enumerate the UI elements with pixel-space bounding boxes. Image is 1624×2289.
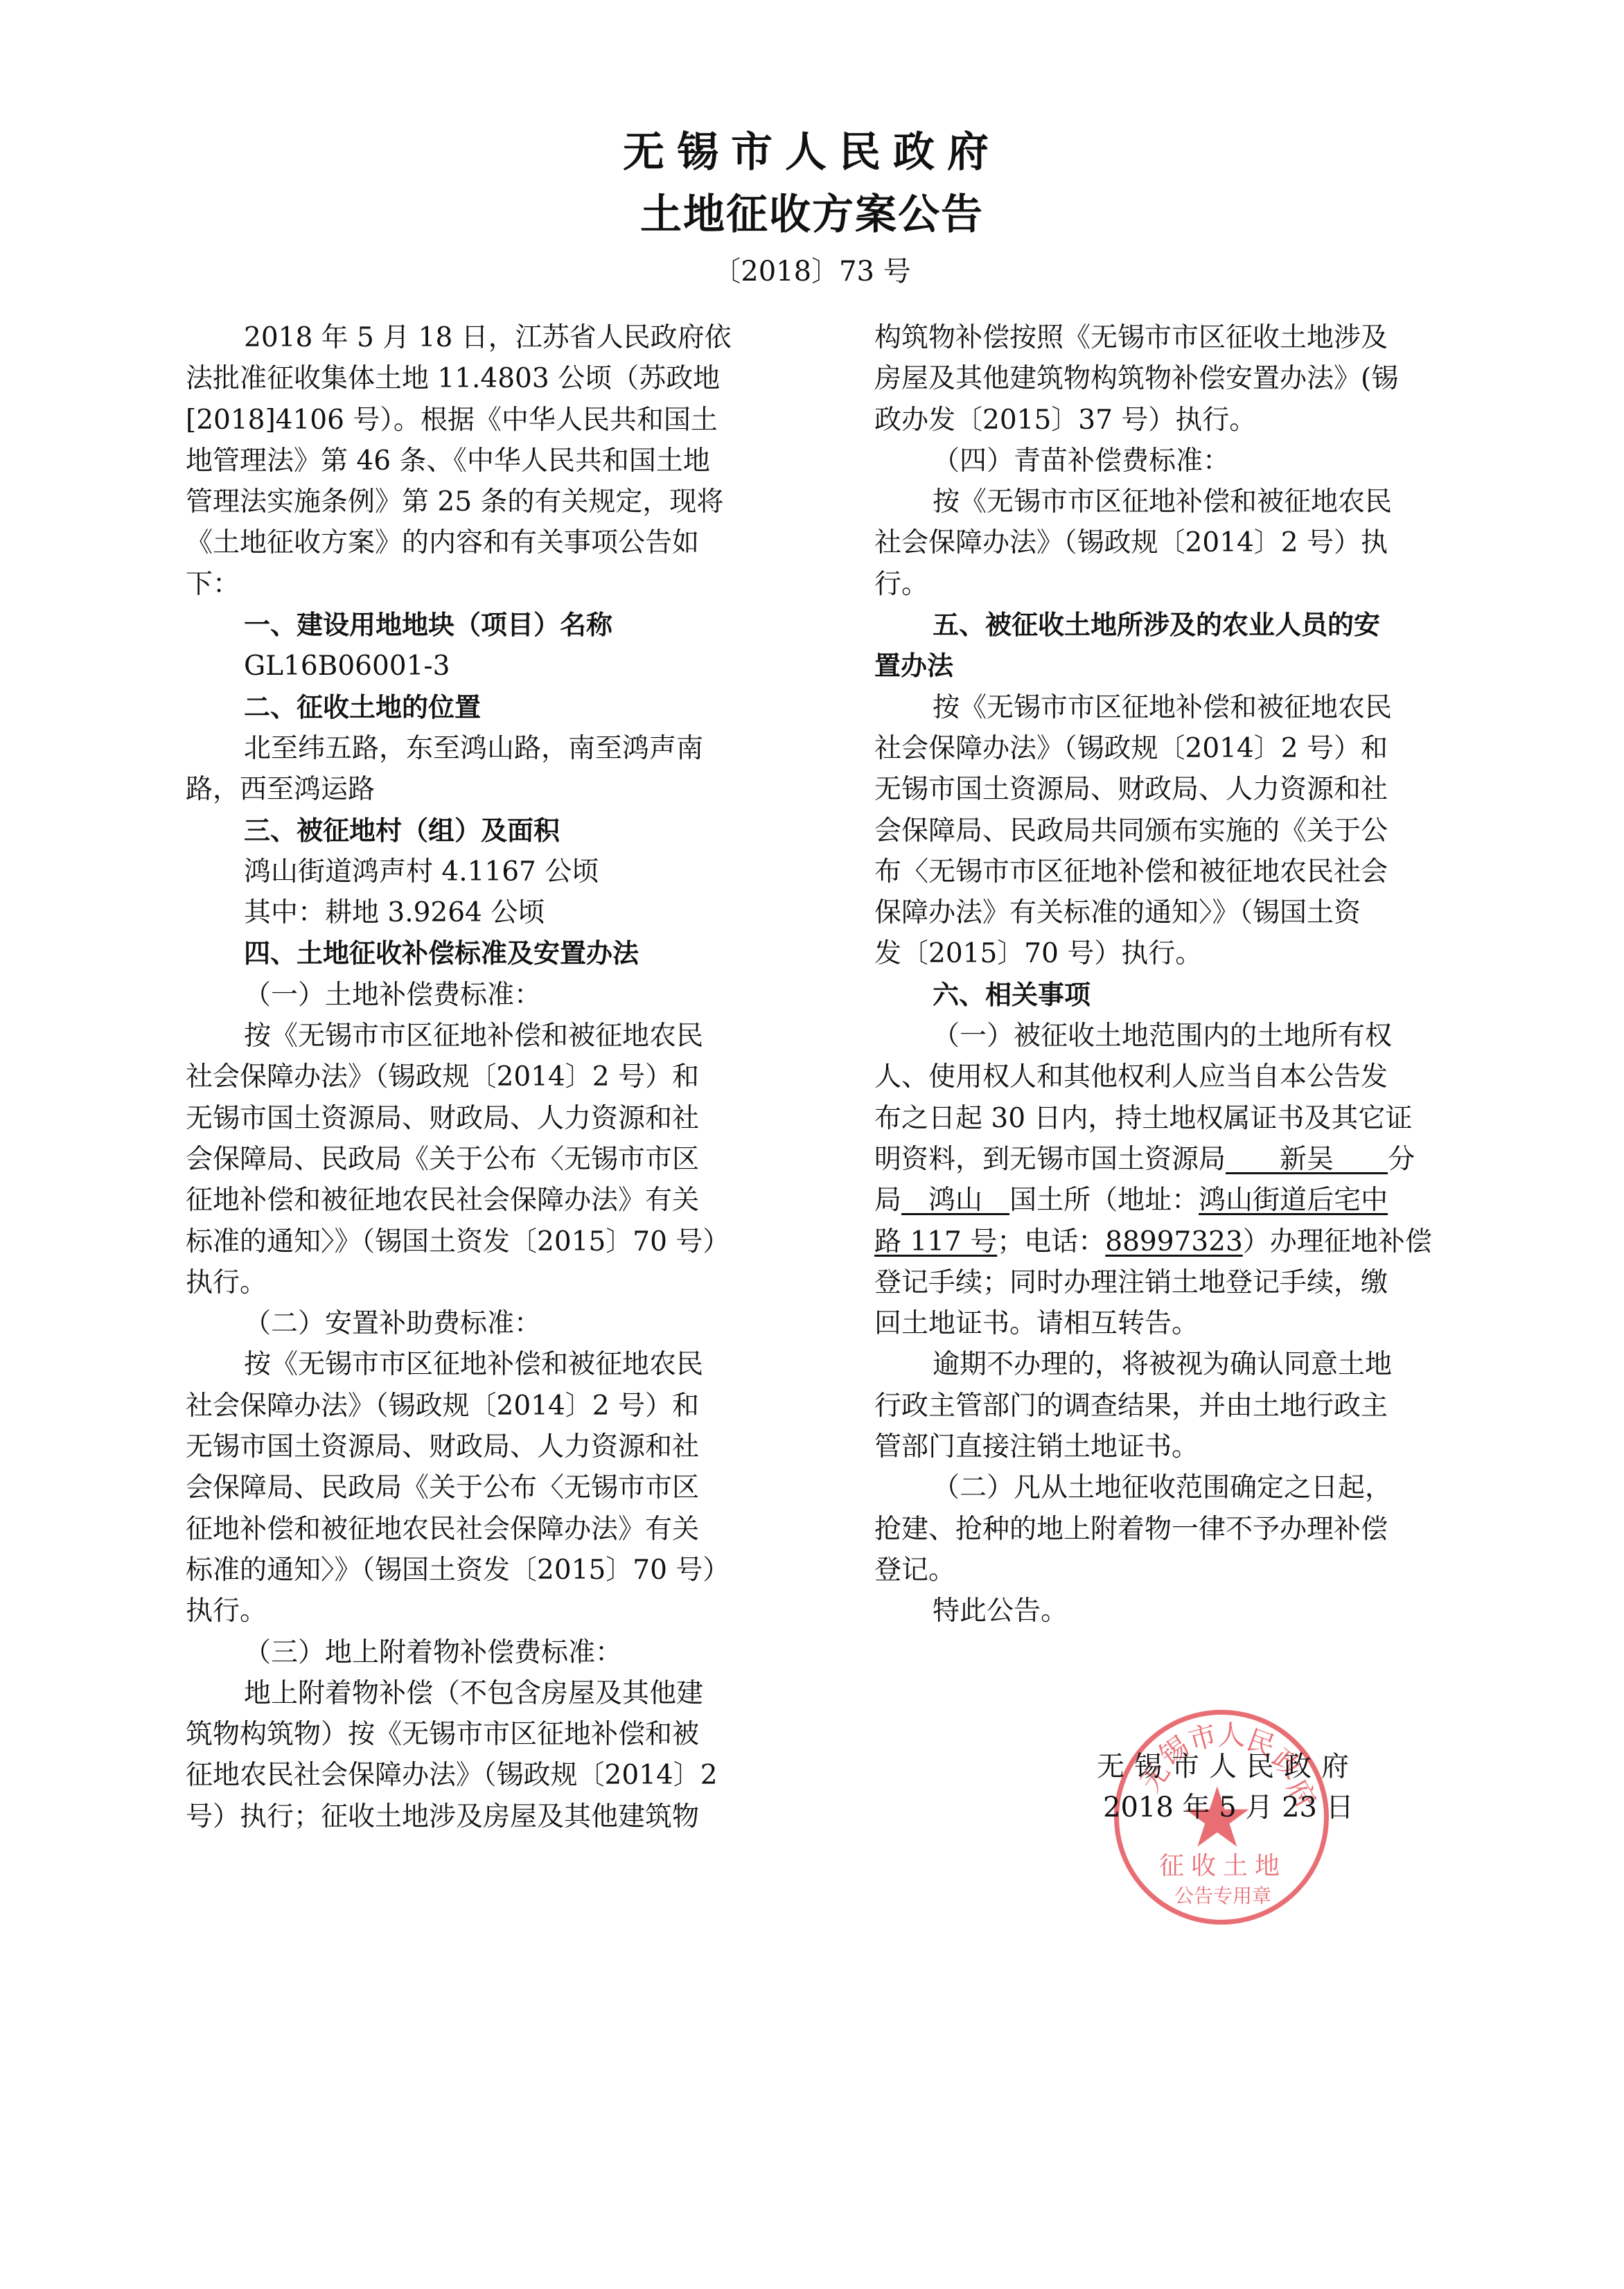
text-line: 标准的通知〉》（锡国土资发〔2015〕70 号） [186, 1550, 779, 1591]
text-line: 社会保障办法》（锡政规〔2014〕2 号）和 [186, 1057, 779, 1097]
office-prefix: 局 [874, 1185, 901, 1216]
address-label: 国土所（地址： [1009, 1185, 1199, 1216]
seal-line-1: 征收土地 [1147, 1846, 1299, 1882]
text-line: 号）执行；征收土地涉及房屋及其他建筑物 [186, 1796, 779, 1837]
text-line: 构筑物补偿按照《无锡市市区征收土地涉及 [874, 317, 1467, 358]
text-line: 地管理法》第 46 条、《中华人民共和国土地 [186, 441, 779, 481]
text-line: 其中：耕地 3.9264 公顷 [186, 892, 779, 933]
text-line: 无锡市国土资源局、财政局、人力资源和社 [874, 769, 1467, 810]
text-line: 2018 年 5 月 18 日，江苏省人民政府依 [186, 317, 779, 358]
text-line: （四）青苗补偿费标准： [874, 441, 1467, 481]
office-branch-suffix: 分 [1388, 1144, 1415, 1175]
text-line: GL16B06001-3 [186, 646, 779, 687]
text-line: 人、使用权人和其他权利人应当自本公告发 [874, 1057, 1467, 1097]
right-column: 构筑物补偿按照《无锡市市区征收土地涉及房屋及其他建筑物构筑物补偿安置办法》(锡政… [874, 317, 1467, 1632]
office-branch-prefix: 明资料，到无锡市国土资源局 [874, 1144, 1226, 1175]
office-branch-line: 明资料，到无锡市国土资源局 新吴 分 [874, 1139, 1467, 1180]
text-line: 执行。 [186, 1262, 779, 1303]
phone-suffix: ）办理征地补偿 [1243, 1226, 1432, 1257]
text-line: （三）地上附着物补偿费标准： [186, 1632, 779, 1673]
text-line: 逾期不办理的，将被视为确认同意土地 [874, 1344, 1467, 1385]
text-line: 管理法实施条例》第 25 条的有关规定，现将 [186, 481, 779, 522]
phone-label: ；电话： [997, 1226, 1105, 1257]
text-line: 鸿山街道鸿声村 4.1167 公顷 [186, 851, 779, 892]
address-field-part2: 路 117 号 [874, 1226, 997, 1257]
section-heading: 二、征收土地的位置 [186, 687, 779, 728]
section-heading: 五、被征收土地所涉及的农业人员的安 [874, 605, 1467, 646]
text-line: 社会保障办法》（锡政规〔2014〕2 号）和 [186, 1386, 779, 1426]
text-line: [2018]4106 号）。根据《中华人民共和国土 [186, 400, 779, 441]
text-line: 抢建、抢种的地上附着物一律不予办理补偿 [874, 1509, 1467, 1550]
text-line: 按《无锡市市区征地补偿和被征地农民 [186, 1016, 779, 1057]
text-line: 保障办法》有关标准的通知〉》（锡国土资 [874, 892, 1467, 933]
text-line: 特此公告。 [874, 1591, 1467, 1632]
section-heading: 置办法 [874, 646, 1467, 687]
text-line: 按《无锡市市区征地补偿和被征地农民 [186, 1344, 779, 1385]
office-phone-line: 路 117 号；电话：88997323）办理征地补偿 [874, 1221, 1467, 1262]
right-column-text-before: 构筑物补偿按照《无锡市市区征收土地涉及房屋及其他建筑物构筑物补偿安置办法》(锡政… [874, 317, 1467, 1139]
text-line: 回土地证书。请相互转告。 [874, 1303, 1467, 1344]
page-title: 无锡市人民政府 [0, 119, 1624, 179]
section-heading: 三、被征地村（组）及面积 [186, 811, 779, 851]
text-line: 下： [186, 564, 779, 605]
text-line: 管部门直接注销土地证书。 [874, 1426, 1467, 1467]
section-heading: 四、土地征收补偿标准及安置办法 [186, 933, 779, 974]
text-line: 无锡市国土资源局、财政局、人力资源和社 [186, 1426, 779, 1467]
text-line: （一）土地补偿费标准： [186, 975, 779, 1016]
text-line: 地上附着物补偿（不包含房屋及其他建 [186, 1673, 779, 1714]
text-line: 标准的通知〉》（锡国土资发〔2015〕70 号） [186, 1221, 779, 1262]
left-column: 2018 年 5 月 18 日，江苏省人民政府依法批准征收集体土地 11.480… [186, 317, 779, 1837]
text-line: 登记。 [874, 1550, 1467, 1591]
page-subtitle: 土地征收方案公告 [0, 182, 1624, 241]
text-line: 行。 [874, 564, 1467, 605]
section-heading: 六、相关事项 [874, 975, 1467, 1016]
text-line: 行政主管部门的调查结果，并由土地行政主 [874, 1386, 1467, 1426]
section-heading: 一、建设用地地块（项目）名称 [186, 605, 779, 646]
address-field-part1: 鸿山街道后宅中 [1199, 1185, 1388, 1216]
issuer-signature: 无锡市人民政府 [1097, 1744, 1359, 1784]
text-line: 征地补偿和被征地农民社会保障办法》有关 [186, 1509, 779, 1550]
text-line: 会保障局、民政局《关于公布〈无锡市市区 [186, 1467, 779, 1508]
text-line: 布之日起 30 日内，持土地权属证书及其它证 [874, 1098, 1467, 1139]
text-line: （二）凡从土地征收范围确定之日起， [874, 1467, 1467, 1508]
document-number: 〔2018〕73 号 [0, 249, 1624, 289]
text-line: 按《无锡市市区征地补偿和被征地农民 [874, 687, 1467, 728]
text-line: 登记手续；同时办理注销土地登记手续，缴 [874, 1262, 1467, 1303]
text-line: 法批准征收集体土地 11.4803 公顷（苏政地 [186, 358, 779, 399]
text-line: 北至纬五路，东至鸿山路，南至鸿声南 [186, 728, 779, 769]
text-line: 筑物构筑物）按《无锡市市区征地补偿和被 [186, 1714, 779, 1755]
text-line: 房屋及其他建筑物构筑物补偿安置办法》(锡 [874, 358, 1467, 399]
text-line: 发〔2015〕70 号）执行。 [874, 933, 1467, 974]
seal-line-2: 公告专用章 [1147, 1881, 1299, 1909]
text-line: 征地农民社会保障办法》（锡政规〔2014〕2 [186, 1755, 779, 1796]
text-line: 社会保障办法》（锡政规〔2014〕2 号）和 [874, 728, 1467, 769]
text-line: 《土地征收方案》的内容和有关事项公告如 [186, 522, 779, 563]
text-line: 会保障局、民政局《关于公布〈无锡市市区 [186, 1139, 779, 1180]
text-line: （二）安置补助费标准： [186, 1303, 779, 1344]
text-line: 执行。 [186, 1591, 779, 1632]
text-line: 按《无锡市市区征地补偿和被征地农民 [874, 481, 1467, 522]
issue-date: 2018 年 5 月 23 日 [1103, 1785, 1354, 1825]
text-line: 社会保障办法》（锡政规〔2014〕2 号）执 [874, 522, 1467, 563]
text-line: 布〈无锡市市区征地补偿和被征地农民社会 [874, 851, 1467, 892]
text-line: 政办发〔2015〕37 号）执行。 [874, 400, 1467, 441]
office-address-line: 局 鸿山 国土所（地址：鸿山街道后宅中 [874, 1180, 1467, 1221]
phone-number: 88997323 [1105, 1226, 1243, 1257]
text-line: 路，西至鸿运路 [186, 769, 779, 810]
text-line: 会保障局、民政局共同颁布实施的《关于公 [874, 811, 1467, 851]
text-line: 征地补偿和被征地农民社会保障办法》有关 [186, 1180, 779, 1221]
office-name-field: 鸿山 [901, 1185, 1009, 1216]
text-line: （一）被征收土地范围内的土地所有权 [874, 1016, 1467, 1057]
text-line: 无锡市国土资源局、财政局、人力资源和社 [186, 1098, 779, 1139]
branch-name-field: 新吴 [1226, 1144, 1388, 1175]
right-column-text-after: 登记手续；同时办理注销土地登记手续，缴回土地证书。请相互转告。逾期不办理的，将被… [874, 1262, 1467, 1632]
